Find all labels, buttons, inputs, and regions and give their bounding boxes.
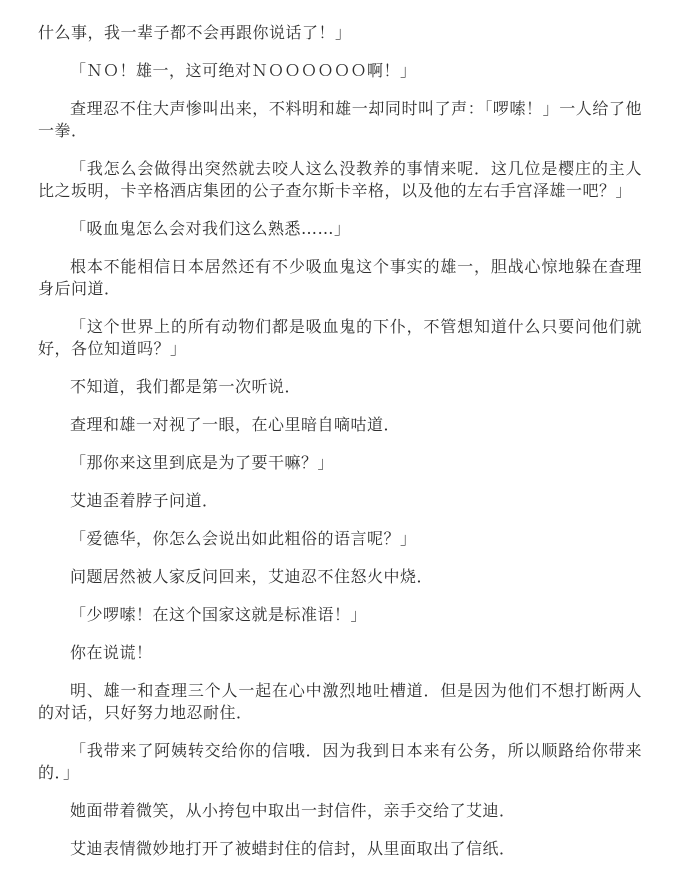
paragraph: 不知道，我们都是第一次听说． bbox=[38, 376, 642, 398]
paragraph: 根本不能相信日本居然还有不少吸血鬼这个事实的雄一，胆战心惊地躲在查理身后问道． bbox=[38, 256, 642, 300]
paragraph: 「爱德华，你怎么会说出如此粗俗的语言呢？」 bbox=[38, 528, 642, 550]
paragraph: 艾迪歪着脖子问道． bbox=[38, 490, 642, 512]
paragraph: 你在说谎！ bbox=[38, 642, 642, 664]
paragraph: 「吸血鬼怎么会对我们这么熟悉……」 bbox=[38, 218, 642, 240]
paragraph: 「少啰嗦！在这个国家这就是标准语！」 bbox=[38, 604, 642, 626]
paragraph: 什么事，我一辈子都不会再跟你说话了！」 bbox=[38, 22, 642, 44]
novel-page: 什么事，我一辈子都不会再跟你说话了！」 「ＮＯ！雄一，这可绝对ＮＯＯＯＯＯＯ啊！… bbox=[0, 0, 680, 880]
paragraph: 「那你来这里到底是为了要干嘛？」 bbox=[38, 452, 642, 474]
paragraph: 查理忍不住大声惨叫出来，不料明和雄一却同时叫了声：「啰嗦！」一人给了他一拳． bbox=[38, 98, 642, 142]
paragraph: 明、雄一和查理三个人一起在心中激烈地吐槽道．但是因为他们不想打断两人的对话，只好… bbox=[38, 680, 642, 724]
paragraph: 她面带着微笑，从小挎包中取出一封信件，亲手交给了艾迪． bbox=[38, 800, 642, 822]
paragraph: 「我带来了阿姨转交给你的信哦．因为我到日本来有公务，所以顺路给你带来的．」 bbox=[38, 740, 642, 784]
paragraph: 「ＮＯ！雄一，这可绝对ＮＯＯＯＯＯＯ啊！」 bbox=[38, 60, 642, 82]
paragraph: 「我怎么会做得出突然就去咬人这么没教养的事情来呢．这几位是樱庄的主人比之坂明，卡… bbox=[38, 158, 642, 202]
paragraph: 查理和雄一对视了一眼，在心里暗自嘀咕道． bbox=[38, 414, 642, 436]
paragraph: 「这个世界上的所有动物们都是吸血鬼的下仆，不管想知道什么只要问他们就好，各位知道… bbox=[38, 316, 642, 360]
paragraph: 艾迪表情微妙地打开了被蜡封住的信封，从里面取出了信纸． bbox=[38, 838, 642, 860]
paragraph: 问题居然被人家反问回来，艾迪忍不住怒火中烧． bbox=[38, 566, 642, 588]
